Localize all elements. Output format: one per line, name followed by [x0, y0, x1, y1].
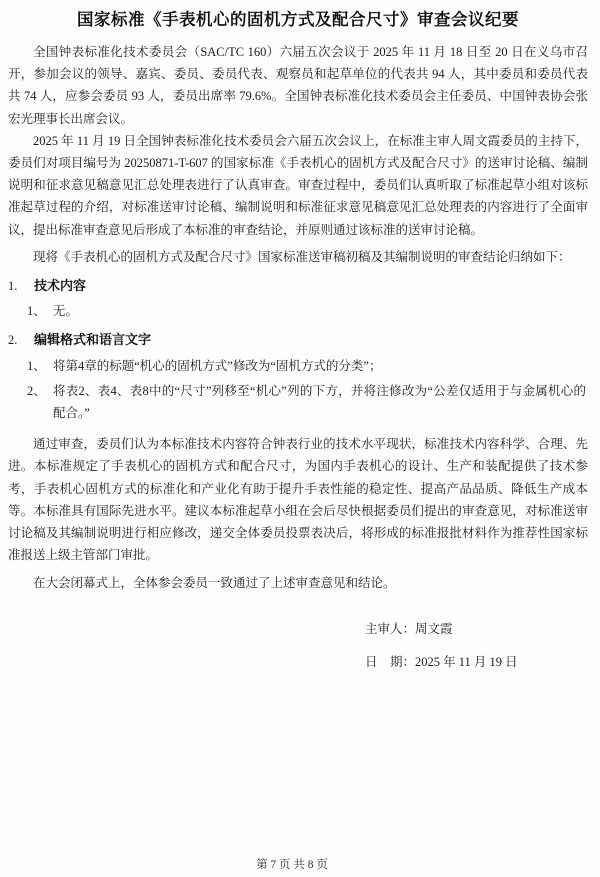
signature-block: 主审人：周文霞 日 期：2025 年 11 月 19 日	[365, 618, 588, 673]
list-item: 1、 无。	[27, 300, 588, 322]
list-item-number: 1、	[27, 355, 53, 377]
section-number: 1.	[8, 275, 34, 297]
date-label: 日 期：	[365, 655, 415, 669]
document-title: 国家标准《手表机心的固机方式及配合尺寸》审查会议纪要	[8, 8, 588, 32]
date-value: 2025 年 11 月 19 日	[415, 655, 518, 669]
section-editorial-format: 2. 编辑格式和语言文字	[8, 326, 588, 351]
document-page: 国家标准《手表机心的固机方式及配合尺寸》审查会议纪要 全国钟表标准化技术委员会（…	[0, 0, 600, 877]
list-item-text: 将第4章的标题“机心的固机方式”修改为“固机方式的分类”；	[53, 355, 588, 377]
reviewer-label: 主审人：	[365, 622, 415, 636]
paragraph-closing: 在大会闭幕式上，全体参会委员一致通过了上述审查意见和结论。	[8, 572, 588, 594]
list-item: 2、 将表2、表4、表8中的“尺寸”列移至“机心”列的下方，并将注修改为“公差仅…	[27, 380, 588, 424]
page-number-indicator: 第 7 页 共 8 页	[0, 856, 584, 872]
section-heading: 编辑格式和语言文字	[34, 329, 151, 351]
paragraph-attendance: 全国钟表标准化技术委员会（SAC/TC 160）六届五次会议于 2025 年 1…	[8, 41, 588, 130]
list-item: 1、 将第4章的标题“机心的固机方式”修改为“固机方式的分类”；	[27, 355, 588, 377]
list-item-number: 1、	[27, 300, 53, 322]
list-item-text: 无。	[53, 300, 588, 322]
list-item-text: 将表2、表4、表8中的“尺寸”列移至“机心”列的下方，并将注修改为“公差仅适用于…	[53, 380, 588, 424]
section-technical-content: 1. 技术内容	[8, 272, 588, 297]
section-heading: 技术内容	[34, 275, 86, 297]
list-item-number: 2、	[27, 380, 53, 424]
signature-reviewer: 主审人：周文霞	[365, 618, 588, 640]
paragraph-review-process: 2025 年 11 月 19 日全国钟表标准化技术委员会六届五次会议上，在标准主…	[8, 130, 588, 241]
reviewer-name: 周文霞	[415, 622, 453, 636]
paragraph-conclusion-intro: 现将《手表机心的固机方式及配合尺寸》国家标准送审稿初稿及其编制说明的审查结论归纳…	[8, 246, 588, 268]
paragraph-assessment: 通过审查，委员们认为本标准技术内容符合钟表行业的技术水平现状，标准技术内容科学、…	[8, 433, 588, 566]
signature-date: 日 期：2025 年 11 月 19 日	[365, 651, 588, 673]
section-number: 2.	[8, 329, 34, 351]
